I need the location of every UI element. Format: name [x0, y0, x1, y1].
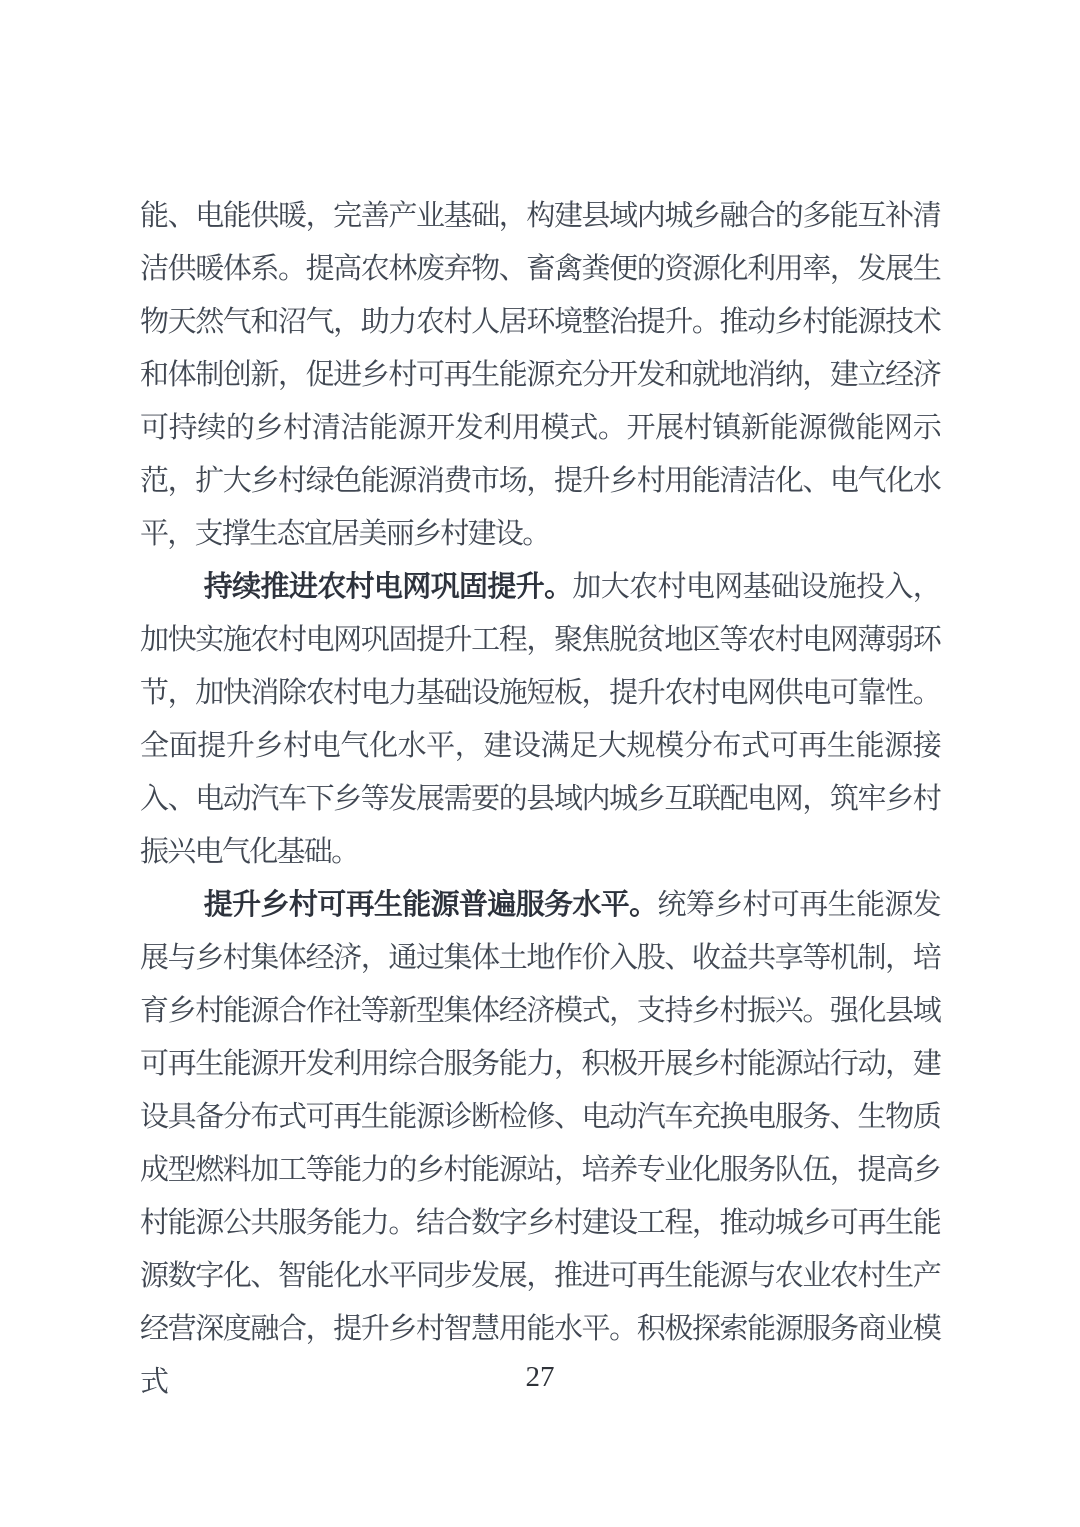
text-block: 能、电能供暖，完善产业基础，构建县域内城乡融合的多能互补清洁供暖体系。提高农林废…: [140, 190, 940, 1409]
paragraph-lead: 提升乡村可再生能源普遍服务水平。: [204, 889, 658, 921]
document-page: 能、电能供暖，完善产业基础，构建县域内城乡融合的多能互补清洁供暖体系。提高农林废…: [0, 0, 1080, 1527]
paragraph-body: 统筹乡村可再生能源发展与乡村集体经济，通过集体土地作价入股、收益共享等机制，培育…: [140, 889, 940, 1398]
paragraph-rural-grid: 持续推进农村电网巩固提升。加大农村电网基础设施投入，加快实施农村电网巩固提升工程…: [140, 561, 940, 879]
page-number: 27: [140, 1358, 940, 1396]
paragraph-renewable-service: 提升乡村可再生能源普遍服务水平。统筹乡村可再生能源发展与乡村集体经济，通过集体土…: [140, 879, 940, 1409]
paragraph-continuation: 能、电能供暖，完善产业基础，构建县域内城乡融合的多能互补清洁供暖体系。提高农林废…: [140, 190, 940, 561]
paragraph-body: 能、电能供暖，完善产业基础，构建县域内城乡融合的多能互补清洁供暖体系。提高农林废…: [140, 200, 940, 550]
paragraph-lead: 持续推进农村电网巩固提升。: [204, 571, 573, 603]
paragraph-body: 加大农村电网基础设施投入，加快实施农村电网巩固提升工程，聚焦脱贫地区等农村电网薄…: [140, 571, 940, 868]
